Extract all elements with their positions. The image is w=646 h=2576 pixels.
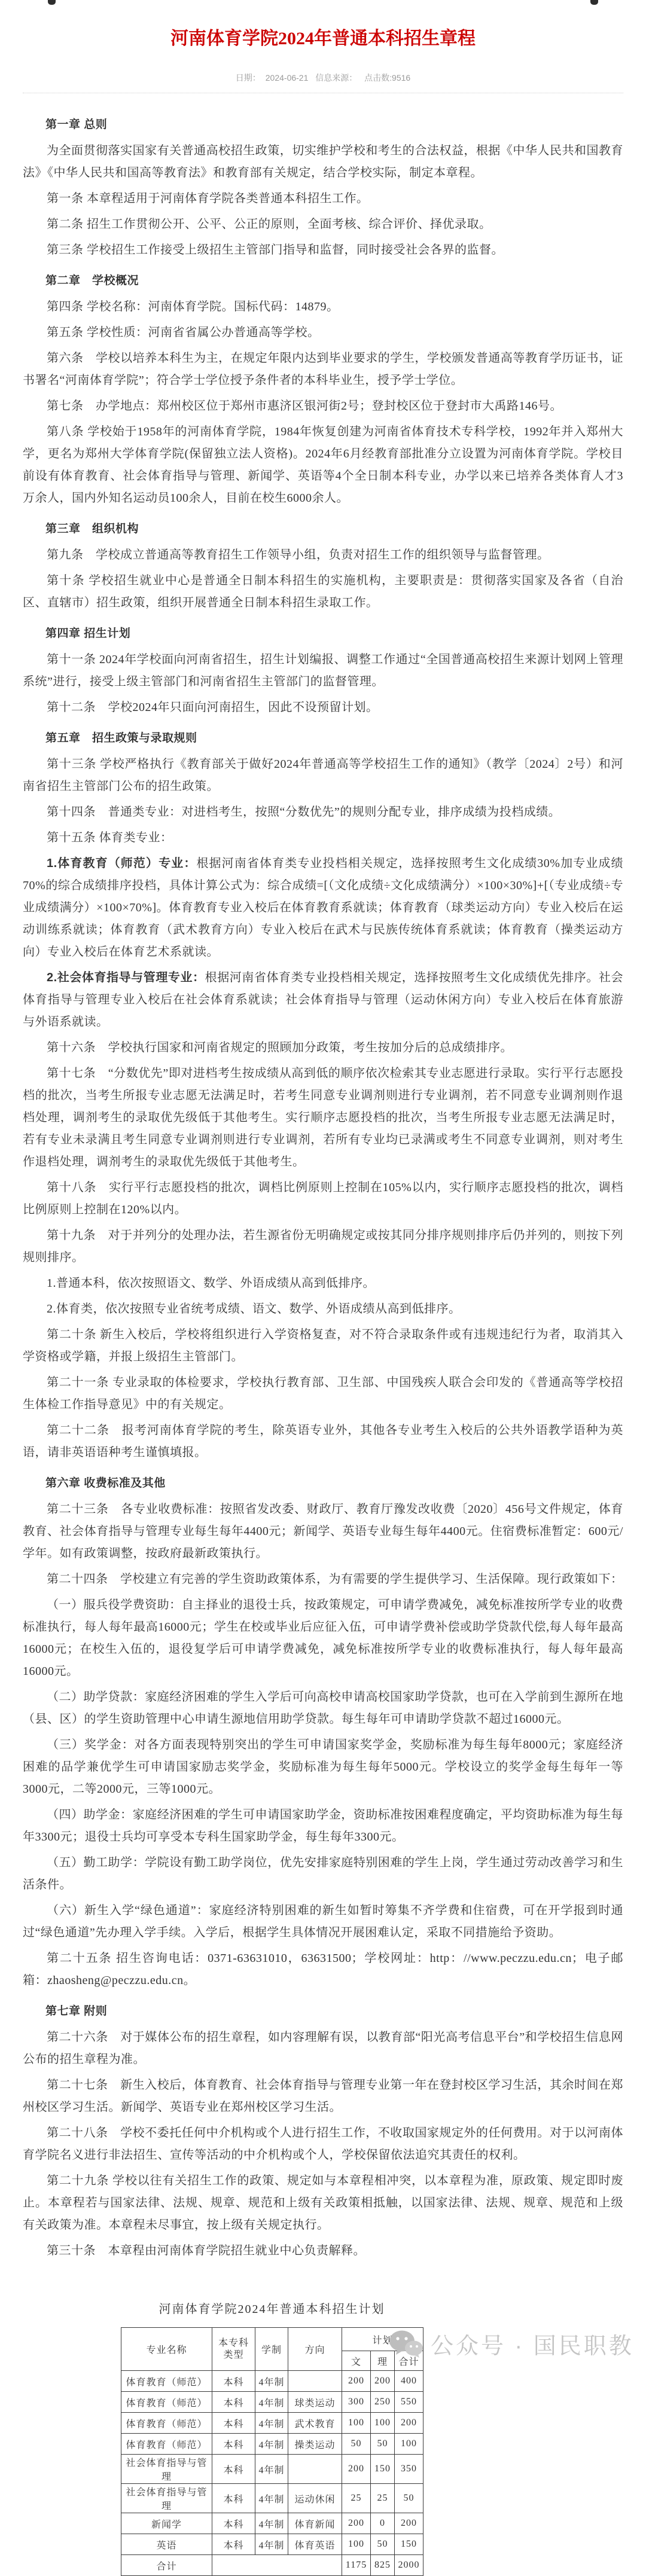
article-meta: 日期：2024-06-21 信息来源： 点击数:9516	[0, 72, 646, 84]
chapter-heading: 第六章 收费标准及其他	[23, 1472, 623, 1494]
paragraph: 第二十五条 招生咨询电话：0371-63631010，63631500；学校网址…	[23, 1948, 623, 1992]
table-cell: 100	[342, 2413, 371, 2434]
paragraph: 第四条 学校名称：河南体育学院。国标代码：14879。	[23, 296, 623, 318]
paragraph: （二）助学贷款：家庭经济困难的学生入学后可向高校申请高校国家助学贷款，也可在入学…	[23, 1686, 623, 1730]
table-row: 社会体育指导与管理本科4年制运动休闲252550	[121, 2484, 423, 2513]
table-total-row: 合计 1175 825 2000	[121, 2555, 423, 2576]
total-science: 825	[371, 2555, 395, 2576]
paragraph: 2.社会体育指导与管理专业：根据河南省体育类专业投档相关规定，选择按照考生文化成…	[23, 967, 623, 1033]
table-cell: 300	[342, 2392, 371, 2413]
table-cell: 体育新闻	[288, 2513, 342, 2534]
paragraph: （五）勤工助学：学院设有勤工助学岗位，优先安排家庭特别困难的学生上岗，学生通过劳…	[23, 1852, 623, 1896]
paragraph: 1.普通本科，依次按照语文、数学、外语成绩从高到低排序。	[23, 1272, 623, 1295]
paragraph: （一）服兵役学费资助：自主择业的退役士兵，按政策规定，可申请学费减免，减免标准按…	[23, 1594, 623, 1683]
article-page: 河南体育学院2024年普通本科招生章程 日期：2024-06-21 信息来源： …	[0, 0, 646, 2576]
paragraph: 第八条 学校始于1958年的河南体育学院，1984年恢复创建为河南省体育技术专科…	[23, 421, 623, 509]
paragraph: 第二十二条 报考河南体育学院的考生，除英语专业外，其他各专业考生入校后的公共外语…	[23, 1420, 623, 1464]
paragraph-bold-lead: 2.社会体育指导与管理专业：	[47, 971, 205, 984]
table-cell: 100	[342, 2534, 371, 2555]
table-row: 新闻学本科4年制体育新闻2000200	[121, 2513, 423, 2534]
enrollment-plan-table: 专业名称 本专科 类型 学制 方向 计划 文 理 合计 体育教育（师范）本科4年…	[121, 2327, 423, 2576]
table-cell: 50	[371, 2434, 395, 2455]
paragraph: 第九条 学校成立普通高等教育招生工作领导小组，负责对招生工作的组织领导与监督管理…	[23, 544, 623, 566]
total-merged-blank-cell	[212, 2555, 342, 2576]
table-cell: 0	[371, 2513, 395, 2534]
table-cell: 英语	[121, 2534, 212, 2555]
watermark-text: 公众号 · 国民职教	[431, 2327, 634, 2360]
table-cell: 新闻学	[121, 2513, 212, 2534]
paragraph: 第十四条 普通类专业：对进档考生，按照“分数优先”的规则分配专业，排序成绩为投档…	[23, 801, 623, 823]
table-cell: 4年制	[255, 2455, 288, 2484]
table-cell: 200	[342, 2455, 371, 2484]
paragraph: 第三条 学校招生工作接受上级招生主管部门指导和监督，同时接受社会各界的监督。	[23, 239, 623, 261]
chapter-heading: 第七章 附则	[23, 2000, 623, 2022]
table-cell: 100	[395, 2434, 423, 2455]
col-header-level-line1: 本专科	[214, 2337, 254, 2349]
col-header-level: 本专科 类型	[212, 2328, 255, 2371]
table-header-row-1: 专业名称 本专科 类型 学制 方向 计划	[121, 2328, 423, 2351]
col-header-direction: 方向	[288, 2328, 342, 2371]
table-cell: 社会体育指导与管理	[121, 2455, 212, 2484]
paragraph: 2.体育类，依次按照专业省统考成绩、语文、数学、外语成绩从高到低排序。	[23, 1298, 623, 1320]
table-cell: 50	[342, 2434, 371, 2455]
plan-table-body: 体育教育（师范）本科4年制200200400体育教育（师范）本科4年制球类运动3…	[121, 2371, 423, 2555]
paragraph: 第十七条 “分数优先”即对进档考生按成绩从高到低的顺序依次检索其专业志愿进行录取…	[23, 1063, 623, 1173]
table-cell: 体育教育（师范）	[121, 2434, 212, 2455]
table-cell: 本科	[212, 2484, 255, 2513]
table-cell: 体育教育（师范）	[121, 2413, 212, 2434]
paragraph: 第二十一条 专业录取的体检要求，学校执行教育部、卫生部、中国残疾人联合会印发的《…	[23, 1372, 623, 1416]
paragraph: 第十八条 实行平行志愿投档的批次，调档比例原则上控制在105%以内，实行顺序志愿…	[23, 1177, 623, 1221]
table-row: 体育教育（师范）本科4年制200200400	[121, 2371, 423, 2392]
paragraph: 第七条 办学地点：郑州校区位于郑州市惠济区银河街2号；登封校区位于登封市大禹路1…	[23, 395, 623, 417]
table-cell: 本科	[212, 2371, 255, 2392]
paragraph: 第二条 招生工作贯彻公开、公平、公正的原则，全面考核、综合评价、择优录取。	[23, 213, 623, 236]
chapter-heading: 第一章 总则	[23, 114, 623, 136]
table-row: 体育教育（师范）本科4年制操类运动5050100	[121, 2434, 423, 2455]
col-header-arts: 文	[342, 2351, 371, 2371]
table-cell: 350	[395, 2455, 423, 2484]
table-cell	[288, 2455, 342, 2484]
table-cell: 运动休闲	[288, 2484, 342, 2513]
paragraph: 第二十六条 对于媒体公布的招生章程，如内容理解有误，以教育部“阳光高考信息平台”…	[23, 2026, 623, 2071]
page-title: 河南体育学院2024年普通本科招生章程	[0, 12, 646, 53]
table-cell: 200	[342, 2371, 371, 2392]
paragraph: 第五条 学校性质：河南省省属公办普通高等学校。	[23, 322, 623, 344]
screenshot-corner-artifact-right	[590, 0, 598, 5]
table-cell: 4年制	[255, 2484, 288, 2513]
paragraph: 为全面贯彻落实国家有关普通高校招生政策，切实维护学校和考生的合法权益，根据《中华…	[23, 140, 623, 184]
paragraph: 第十条 学校招生就业中心是普通全日制本科招生的实施机构，主要职责是：贯彻落实国家…	[23, 570, 623, 614]
paragraph: 第二十九条 学校以往有关招生工作的政策、规定如与本章程相冲突，以本章程为准，原政…	[23, 2170, 623, 2236]
table-title: 河南体育学院2024年普通本科招生计划	[121, 2299, 423, 2316]
chapter-heading: 第四章 招生计划	[23, 622, 623, 645]
paragraph: 第十五条 体育类专业：	[23, 827, 623, 849]
table-cell: 本科	[212, 2434, 255, 2455]
col-header-level-line2: 类型	[214, 2349, 254, 2361]
chapter-heading: 第五章 招生政策与录取规则	[23, 727, 623, 749]
table-cell: 武术教育	[288, 2413, 342, 2434]
paragraph: （四）助学金：家庭经济困难的学生可申请国家助学金，资助标准按困难程度确定，平均资…	[23, 1804, 623, 1848]
paragraph: 第十三条 学校严格执行《教育部关于做好2024年普通高等学校招生工作的通知》（教…	[23, 753, 623, 798]
table-cell: 体育教育（师范）	[121, 2392, 212, 2413]
paragraph: （六）新生入学“绿色通道”：家庭经济特别困难的新生如暂时筹集不齐学费和住宿费，可…	[23, 1900, 623, 1944]
table-cell	[288, 2371, 342, 2392]
total-sum: 2000	[395, 2555, 423, 2576]
col-header-specialty: 专业名称	[121, 2328, 212, 2371]
document-body: 第一章 总则为全面贯彻落实国家有关普通高校招生政策，切实维护学校和考生的合法权益…	[0, 93, 646, 2262]
table-cell: 本科	[212, 2513, 255, 2534]
table-cell: 体育英语	[288, 2534, 342, 2555]
table-cell: 4年制	[255, 2371, 288, 2392]
paragraph: 第二十七条 新生入校后，体育教育、社会体育指导与管理专业第一年在登封校区学习生活…	[23, 2074, 623, 2119]
table-row: 英语本科4年制体育英语10050150	[121, 2534, 423, 2555]
col-header-duration: 学制	[255, 2328, 288, 2371]
table-cell: 球类运动	[288, 2392, 342, 2413]
table-cell: 体育教育（师范）	[121, 2371, 212, 2392]
table-cell: 200	[395, 2413, 423, 2434]
table-row: 体育教育（师范）本科4年制武术教育100100200	[121, 2413, 423, 2434]
date-label: 日期：	[236, 73, 261, 83]
paragraph: 第二十条 新生入校后，学校将组织进行入学资格复查，对不符合录取条件或有违规违纪行…	[23, 1324, 623, 1368]
table-cell: 100	[371, 2413, 395, 2434]
total-arts: 1175	[342, 2555, 371, 2576]
table-cell: 本科	[212, 2534, 255, 2555]
table-cell: 150	[395, 2534, 423, 2555]
table-cell: 250	[371, 2392, 395, 2413]
table-cell: 25	[371, 2484, 395, 2513]
chapter-heading: 第三章 组织机构	[23, 518, 623, 540]
chapter-heading: 第二章 学校概况	[23, 270, 623, 292]
table-cell: 550	[395, 2392, 423, 2413]
table-cell: 200	[342, 2513, 371, 2534]
table-cell: 25	[342, 2484, 371, 2513]
enrollment-plan-section: 河南体育学院2024年普通本科招生计划 专业名称 本专科 类型 学制 方向 计划…	[121, 2299, 423, 2576]
table-cell: 4年制	[255, 2513, 288, 2534]
source-label: 信息来源：	[315, 73, 357, 83]
paragraph: 第二十三条 各专业收费标准：按照省发改委、财政厅、教育厅豫发改收费〔2020〕4…	[23, 1498, 623, 1565]
table-cell: 200	[395, 2513, 423, 2534]
screenshot-corner-artifact-left	[48, 0, 56, 5]
table-cell: 150	[371, 2455, 395, 2484]
paragraph: 第三十条 本章程由河南体育学院招生就业中心负责解释。	[23, 2240, 623, 2262]
table-cell: 4年制	[255, 2534, 288, 2555]
date-value: 2024-06-21	[266, 73, 309, 83]
paragraph: 第十九条 对于并列分的处理办法，若生源省份无明确规定或按其同分排序规则排序后仍并…	[23, 1225, 623, 1269]
paragraph: 第十二条 学校2024年只面向河南招生，因此不设预留计划。	[23, 697, 623, 719]
paragraph: 第六条 学校以培养本科生为主，在规定年限内达到毕业要求的学生，学校颁发普通高等教…	[23, 347, 623, 392]
paragraph: 第十一条 2024年学校面向河南省招生，招生计划编报、调整工作通过“全国普通高校…	[23, 649, 623, 693]
table-cell: 4年制	[255, 2434, 288, 2455]
table-cell: 4年制	[255, 2413, 288, 2434]
table-cell: 操类运动	[288, 2434, 342, 2455]
wechat-icon	[389, 2330, 423, 2358]
table-cell: 50	[371, 2534, 395, 2555]
table-cell: 400	[395, 2371, 423, 2392]
table-cell: 本科	[212, 2392, 255, 2413]
paragraph: 1.体育教育（师范）专业：根据河南省体育类专业投档相关规定，选择按照考生文化成绩…	[23, 853, 623, 963]
table-row: 体育教育（师范）本科4年制球类运动300250550	[121, 2392, 423, 2413]
table-row: 社会体育指导与管理本科4年制200150350	[121, 2455, 423, 2484]
paragraph: 第二十八条 学校不委托任何中介机构或个人进行招生工作，不收取国家规定外的任何费用…	[23, 2122, 623, 2166]
hits-count: 点击数:9516	[364, 73, 410, 83]
paragraph: 第二十四条 学校建立有完善的学生资助政策体系，为有需要的学生提供学习、生活保障。…	[23, 1568, 623, 1591]
table-cell: 200	[371, 2371, 395, 2392]
table-cell: 50	[395, 2484, 423, 2513]
watermark: 公众号 · 国民职教	[389, 2327, 634, 2360]
paragraph-bold-lead: 1.体育教育（师范）专业：	[47, 857, 196, 870]
table-cell: 4年制	[255, 2392, 288, 2413]
paragraph: 第一条 本章程适用于河南体育学院各类普通本科招生工作。	[23, 188, 623, 210]
paragraph: 第十六条 学校执行国家和河南省规定的照顾加分政策，考生按加分后的总成绩排序。	[23, 1037, 623, 1059]
table-cell: 本科	[212, 2455, 255, 2484]
total-label: 合计	[121, 2555, 212, 2576]
table-cell: 社会体育指导与管理	[121, 2484, 212, 2513]
paragraph: （三）奖学金：对各方面表现特别突出的学生可申请国家奖学金，奖励标准为每生每年80…	[23, 1734, 623, 1800]
table-cell: 本科	[212, 2413, 255, 2434]
